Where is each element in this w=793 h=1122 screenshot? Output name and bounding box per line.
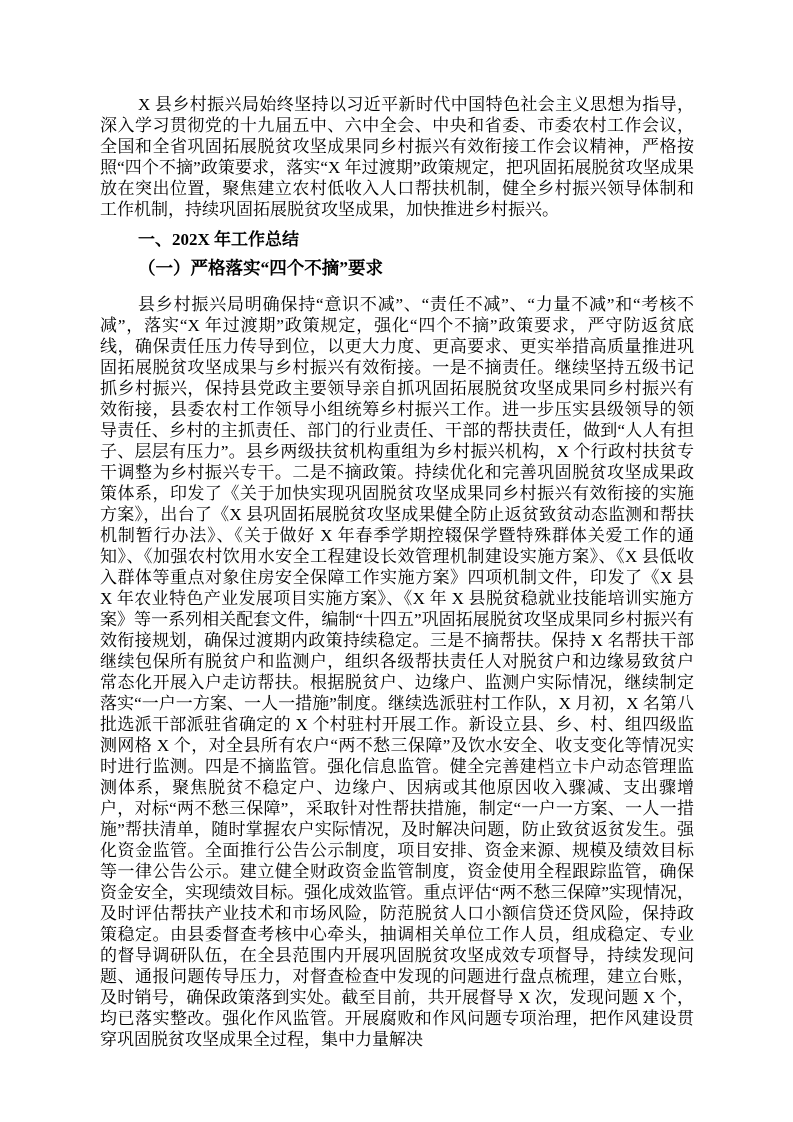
document-page: X 县乡村振兴局始终坚持以习近平新时代中国特色社会主义思想为指导，深入学习贯彻党… bbox=[0, 0, 793, 1122]
document-content: X 县乡村振兴局始终坚持以习近平新时代中国特色社会主义思想为指导，深入学习贯彻党… bbox=[100, 94, 694, 1050]
subsection-heading-four-no-removals: （一）严格落实“四个不摘”要求 bbox=[100, 258, 694, 279]
section-heading-work-summary: 一、202X 年工作总结 bbox=[100, 229, 694, 250]
body-paragraph: 县乡村振兴局明确保持“意识不减”、“责任不减”、“力量不减”和“考核不减”，落实… bbox=[100, 294, 694, 1050]
intro-paragraph: X 县乡村振兴局始终坚持以习近平新时代中国特色社会主义思想为指导，深入学习贯彻党… bbox=[100, 94, 694, 220]
